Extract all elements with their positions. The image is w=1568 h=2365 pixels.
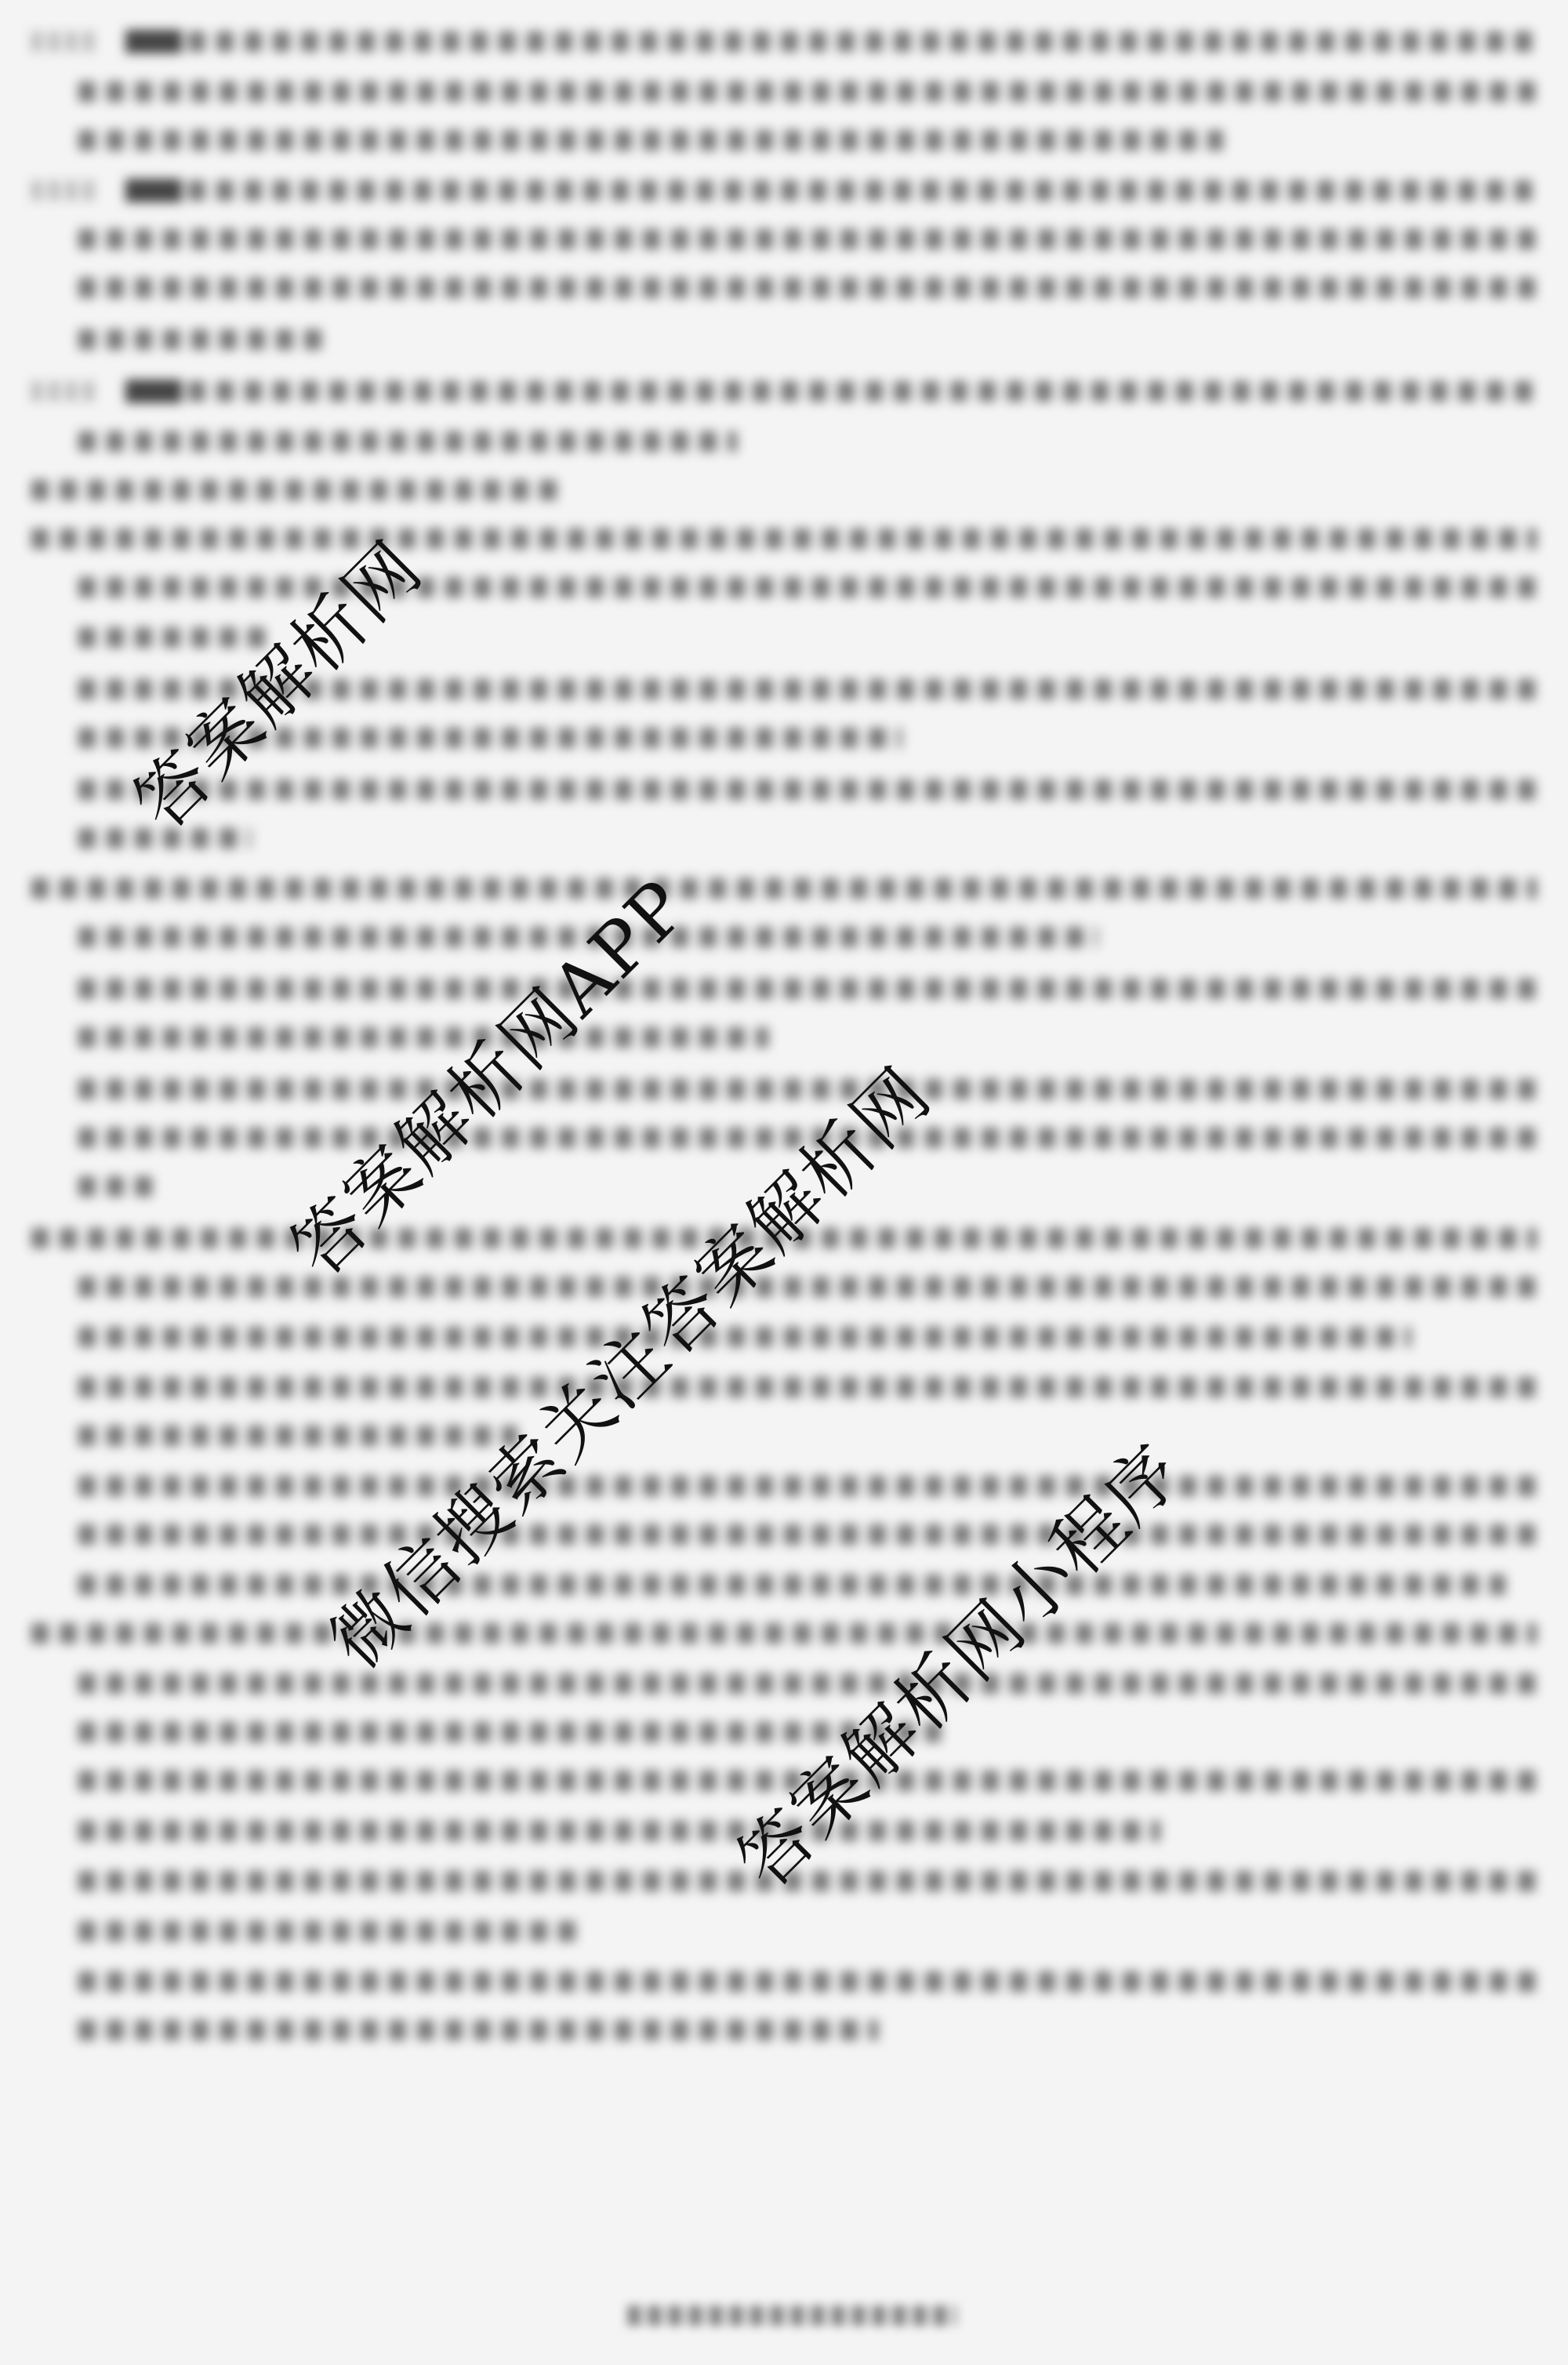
text-line [78,1377,1537,1397]
analysis-tag [125,380,182,403]
text-line [78,1079,1537,1099]
text-line [78,229,1537,249]
text-line [188,381,1537,401]
text-line [188,31,1537,52]
text-line [78,1821,1160,1841]
text-line [78,1327,1411,1347]
text-line [78,1921,580,1942]
text-line [78,130,1223,151]
text-line [78,82,1537,102]
text-line [78,2020,878,2040]
text-line [78,1176,157,1197]
text-line [78,779,1537,800]
text-line [31,529,1537,549]
text-line [78,1426,517,1446]
text-line [78,1971,1537,1992]
document-page: 答案解析网 答案解析网APP 微信搜索关注答案解析网 答案解析网小程序 [0,0,1568,2365]
text-line [78,1524,1537,1545]
text-line [31,1623,1537,1644]
question-number [31,31,94,52]
text-line [78,1476,1537,1496]
text-line [78,1673,1537,1694]
analysis-tag [125,30,182,53]
text-line [78,1027,768,1048]
text-line [78,1277,1537,1297]
text-line [78,278,1537,298]
text-line [78,329,321,350]
analysis-tag [125,179,182,202]
text-line [78,979,1537,999]
page-footer [627,2305,956,2326]
text-line [78,431,737,452]
text-line [31,878,1537,899]
text-line [78,1575,1505,1595]
text-line [188,180,1537,201]
question-number [31,381,94,401]
question-number [31,180,94,201]
section-heading [31,480,557,500]
